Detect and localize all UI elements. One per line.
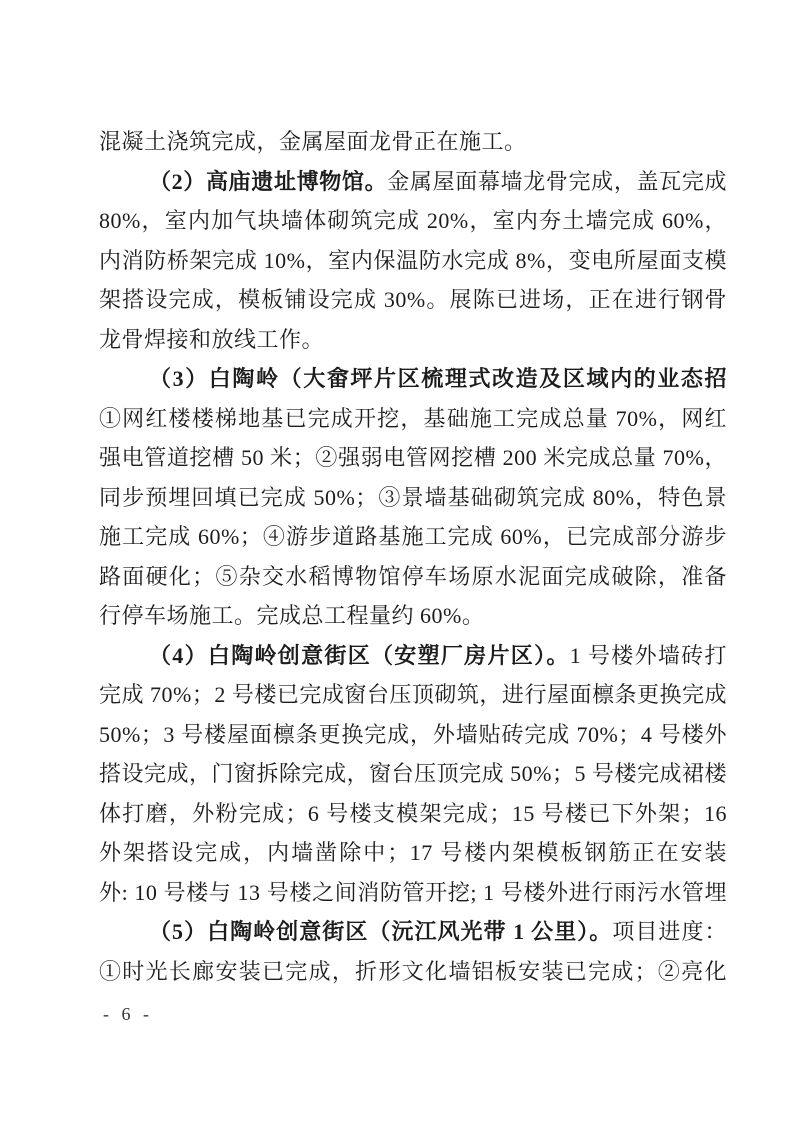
document-line: 强电管道挖槽 50 米；②强弱电管网挖槽 200 米完成总量 70%，: [99, 438, 727, 478]
document-lines: 混凝土浇筑完成，金属屋面龙骨正在施工。（2）高庙遗址博物馆。金属屋面幕墙龙骨完成…: [99, 122, 727, 991]
text-segment: 50%；3 号楼屋面檩条更换完成，外墙贴砖完成 70%；4 号楼外架: [99, 722, 727, 755]
section-heading: （2）高庙遗址博物馆。: [149, 169, 387, 194]
document-line: 完成 70%；2 号楼已完成窗台压顶砌筑，进行屋面檩条更换完成: [99, 675, 727, 715]
section-heading: （3）白陶岭（大畲坪片区梳理式改造及区域内的业态招商）。: [99, 366, 727, 399]
document-line: 龙骨焊接和放线工作。: [99, 320, 727, 360]
document-line: 同步预埋回填已完成 50%；③景墙基础砌筑完成 80%，特色景墙: [99, 478, 727, 518]
text-segment: 金属屋面幕墙龙骨完成，盖瓦完成: [387, 169, 727, 194]
text-segment: 体打磨，外粉完成；6 号楼支模架完成；15 号楼已下外架；16 号楼: [99, 801, 727, 834]
text-segment: 施工完成 60%；④游步道路基施工完成 60%，已完成部分游步道: [99, 524, 727, 557]
document-line: 搭设完成，门窗拆除完成，窗台压顶完成 50%；5 号楼完成裙楼墙: [99, 754, 727, 794]
document-line: 外: 10 号楼与 13 号楼之间消防管开挖; 1 号楼外进行雨污水管埋设。: [99, 873, 727, 913]
document-line: 外架搭设完成，内墙凿除中；17 号楼内架模板钢筋正在安装中。室: [99, 833, 727, 873]
document-line: （4）白陶岭创意街区（安塑厂房片区）。1 号楼外墙砖打磨: [99, 636, 727, 676]
document-line: 架搭设完成，模板铺设完成 30%。展陈已进场，正在进行钢骨架: [99, 280, 727, 320]
document-line: （5）白陶岭创意街区（沅江风光带 1 公里）。项目进度：: [99, 912, 727, 952]
document-line: 内消防桥架完成 10%，室内保温防水完成 8%，变电所屋面支模: [99, 241, 727, 281]
document-body: 混凝土浇筑完成，金属屋面龙骨正在施工。（2）高庙遗址博物馆。金属屋面幕墙龙骨完成…: [99, 122, 727, 991]
text-segment: ①时光长廊安装已完成，折形文化墙铝板安装已完成；②亮化及: [99, 959, 727, 992]
text-segment: ①网红楼楼梯地基已完成开挖，基础施工完成总量 70%，网红楼: [99, 406, 727, 439]
text-segment: 内消防桥架完成 10%，室内保温防水完成 8%，变电所屋面支模: [99, 248, 727, 273]
section-heading: （4）白陶岭创意街区（安塑厂房片区）。: [149, 643, 570, 668]
document-line: 50%；3 号楼屋面檩条更换完成，外墙贴砖完成 70%；4 号楼外架: [99, 715, 727, 755]
text-segment: 外: 10 号楼与 13 号楼之间消防管开挖; 1 号楼外进行雨污水管埋设。: [99, 880, 727, 913]
document-line: 体打磨，外粉完成；6 号楼支模架完成；15 号楼已下外架；16 号楼: [99, 794, 727, 834]
text-segment: 架搭设完成，模板铺设完成 30%。展陈已进场，正在进行钢骨架: [99, 287, 727, 320]
text-segment: 80%，室内加气块墙体砌筑完成 20%，室内夯土墙完成 60%，室: [99, 208, 727, 241]
document-line: ①时光长廊安装已完成，折形文化墙铝板安装已完成；②亮化及: [99, 952, 727, 992]
text-segment: 搭设完成，门窗拆除完成，窗台压顶完成 50%；5 号楼完成裙楼墙: [99, 761, 727, 794]
document-line: （2）高庙遗址博物馆。金属屋面幕墙龙骨完成，盖瓦完成: [99, 162, 727, 202]
text-segment: 强电管道挖槽 50 米；②强弱电管网挖槽 200 米完成总量 70%，: [99, 445, 727, 470]
text-segment: 完成 70%；2 号楼已完成窗台压顶砌筑，进行屋面檩条更换完成: [99, 682, 727, 707]
document-line: 80%，室内加气块墙体砌筑完成 20%，室内夯土墙完成 60%，室: [99, 201, 727, 241]
document-line: 施工完成 60%；④游步道路基施工完成 60%，已完成部分游步道: [99, 517, 727, 557]
section-heading: （5）白陶岭创意街区（沅江风光带 1 公里）。: [149, 919, 612, 944]
document-line: 混凝土浇筑完成，金属屋面龙骨正在施工。: [99, 122, 727, 162]
page-number: - 6 -: [103, 1002, 153, 1026]
text-segment: 外架搭设完成，内墙凿除中；17 号楼内架模板钢筋正在安装中。室: [99, 840, 727, 873]
text-segment: 路面硬化；⑤杂交水稻博物馆停车场原水泥面完成破除，准备进: [99, 564, 727, 597]
document-line: 路面硬化；⑤杂交水稻博物馆停车场原水泥面完成破除，准备进: [99, 557, 727, 597]
text-segment: 项目进度：: [612, 919, 727, 944]
text-segment: 龙骨焊接和放线工作。: [99, 327, 324, 352]
document-page: 混凝土浇筑完成，金属屋面龙骨正在施工。（2）高庙遗址博物馆。金属屋面幕墙龙骨完成…: [0, 0, 793, 1122]
text-segment: 行停车场施工。完成总工程量约 60%。: [99, 603, 484, 628]
document-line: 行停车场施工。完成总工程量约 60%。: [99, 596, 727, 636]
document-line: （3）白陶岭（大畲坪片区梳理式改造及区域内的业态招商）。: [99, 359, 727, 399]
document-line: ①网红楼楼梯地基已完成开挖，基础施工完成总量 70%，网红楼: [99, 399, 727, 439]
text-segment: 混凝土浇筑完成，金属屋面龙骨正在施工。: [99, 129, 527, 154]
text-segment: 同步预埋回填已完成 50%；③景墙基础砌筑完成 80%，特色景墙: [99, 485, 727, 518]
